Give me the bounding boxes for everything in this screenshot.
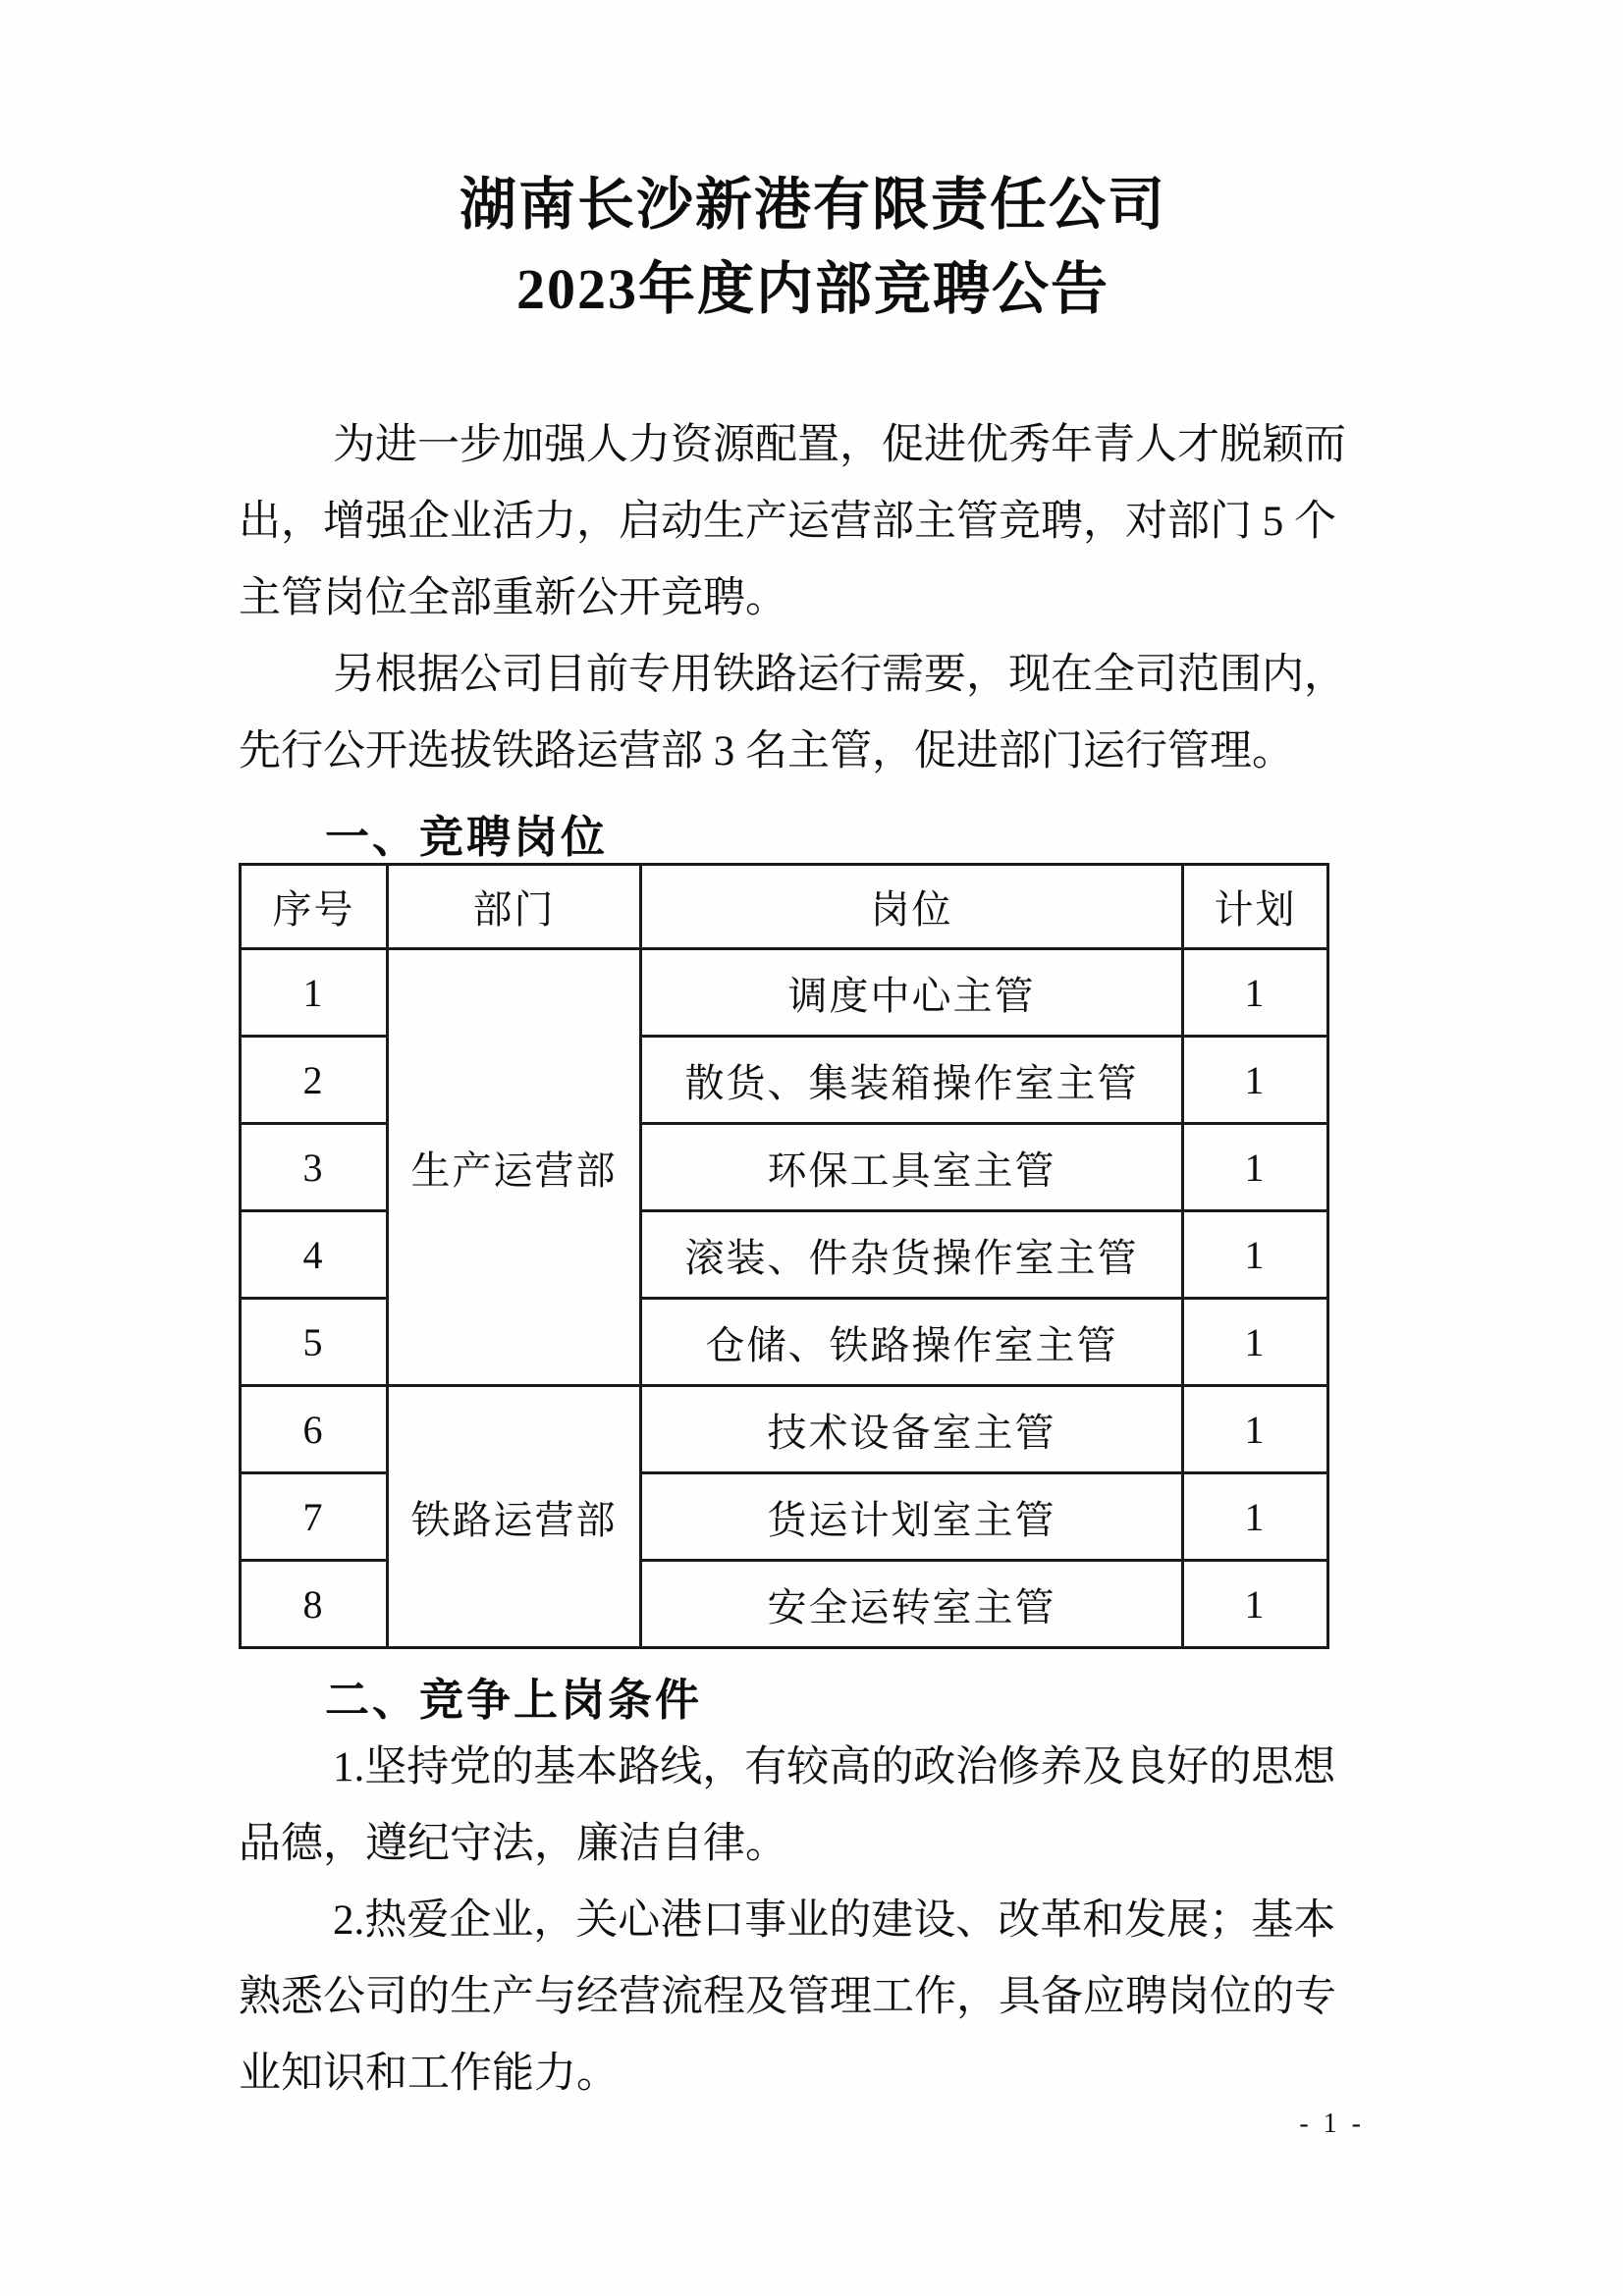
seq-cell: 3 [241, 1124, 388, 1211]
position-cell: 货运计划室主管 [641, 1473, 1183, 1561]
position-cell: 仓储、铁路操作室主管 [641, 1299, 1183, 1386]
position-cell: 散货、集装箱操作室主管 [641, 1037, 1183, 1124]
plan-cell: 1 [1183, 1299, 1328, 1386]
table-header-row: 序号 部门 岗位 计划 [241, 865, 1328, 949]
paragraph-line: 熟悉公司的生产与经营流程及管理工作，具备应聘岗位的专 [239, 1959, 1387, 2036]
seq-cell: 4 [241, 1211, 388, 1299]
title-line-1: 湖南长沙新港有限责任公司 [239, 163, 1387, 247]
seq-cell: 8 [241, 1561, 388, 1648]
plan-cell: 1 [1183, 1386, 1328, 1473]
position-cell: 安全运转室主管 [641, 1561, 1183, 1648]
positions-table: 序号 部门 岗位 计划 1 生产运营部 调度中心主管 1 2 散货、集装箱操作室… [239, 863, 1329, 1649]
seq-cell: 2 [241, 1037, 388, 1124]
plan-cell: 1 [1183, 1561, 1328, 1648]
paragraph-line: 品德，遵纪守法，廉洁自律。 [239, 1806, 1387, 1883]
position-cell: 技术设备室主管 [641, 1386, 1183, 1473]
paragraph-line: 先行公开选拔铁路运营部 3 名主管，促进部门运行管理。 [239, 714, 1387, 790]
plan-cell: 1 [1183, 949, 1328, 1037]
header-cell-position: 岗位 [641, 865, 1183, 949]
plan-cell: 1 [1183, 1124, 1328, 1211]
position-cell: 滚装、件杂货操作室主管 [641, 1211, 1183, 1299]
paragraph-line: 为进一步加强人力资源配置，促进优秀年青人才脱颖而 [239, 407, 1387, 484]
paragraph-line: 出，增强企业活力，启动生产运营部主管竞聘，对部门 5 个 [239, 484, 1387, 561]
department-cell-railway: 铁路运营部 [388, 1386, 641, 1648]
seq-cell: 1 [241, 949, 388, 1037]
intro-paragraph-2: 另根据公司目前专用铁路运行需要，现在全司范围内， 先行公开选拔铁路运营部 3 名… [239, 637, 1387, 790]
plan-cell: 1 [1183, 1037, 1328, 1124]
header-cell-seq: 序号 [241, 865, 388, 949]
condition-item-1: 1.坚持党的基本路线，有较高的政治修养及良好的思想 品德，遵纪守法，廉洁自律。 [239, 1730, 1387, 1883]
condition-item-2: 2.热爱企业，关心港口事业的建设、改革和发展；基本 熟悉公司的生产与经营流程及管… [239, 1883, 1387, 2112]
header-cell-department: 部门 [388, 865, 641, 949]
section-1-heading: 一、竞聘岗位 [239, 812, 1387, 863]
document-title: 湖南长沙新港有限责任公司 2023年度内部竞聘公告 [239, 163, 1387, 332]
document-content: 湖南长沙新港有限责任公司 2023年度内部竞聘公告 为进一步加强人力资源配置，促… [239, 0, 1387, 2112]
plan-cell: 1 [1183, 1211, 1328, 1299]
seq-cell: 6 [241, 1386, 388, 1473]
seq-cell: 5 [241, 1299, 388, 1386]
document-page: 湖南长沙新港有限责任公司 2023年度内部竞聘公告 为进一步加强人力资源配置，促… [0, 0, 1623, 2296]
paragraph-line: 主管岗位全部重新公开竞聘。 [239, 561, 1387, 637]
section-2-heading: 二、竞争上岗条件 [239, 1675, 1387, 1726]
intro-paragraph-1: 为进一步加强人力资源配置，促进优秀年青人才脱颖而 出，增强企业活力，启动生产运营… [239, 407, 1387, 637]
page-number: - 1 - [1299, 2109, 1365, 2140]
paragraph-line: 业知识和工作能力。 [239, 2036, 1387, 2112]
position-cell: 调度中心主管 [641, 949, 1183, 1037]
plan-cell: 1 [1183, 1473, 1328, 1561]
title-line-2: 2023年度内部竞聘公告 [239, 247, 1387, 332]
header-cell-plan: 计划 [1183, 865, 1328, 949]
table-row: 6 铁路运营部 技术设备室主管 1 [241, 1386, 1328, 1473]
seq-cell: 7 [241, 1473, 388, 1561]
position-cell: 环保工具室主管 [641, 1124, 1183, 1211]
department-cell-production: 生产运营部 [388, 949, 641, 1386]
paragraph-line: 1.坚持党的基本路线，有较高的政治修养及良好的思想 [239, 1730, 1387, 1806]
table-row: 1 生产运营部 调度中心主管 1 [241, 949, 1328, 1037]
paragraph-line: 2.热爱企业，关心港口事业的建设、改革和发展；基本 [239, 1883, 1387, 1959]
paragraph-line: 另根据公司目前专用铁路运行需要，现在全司范围内， [239, 637, 1387, 714]
